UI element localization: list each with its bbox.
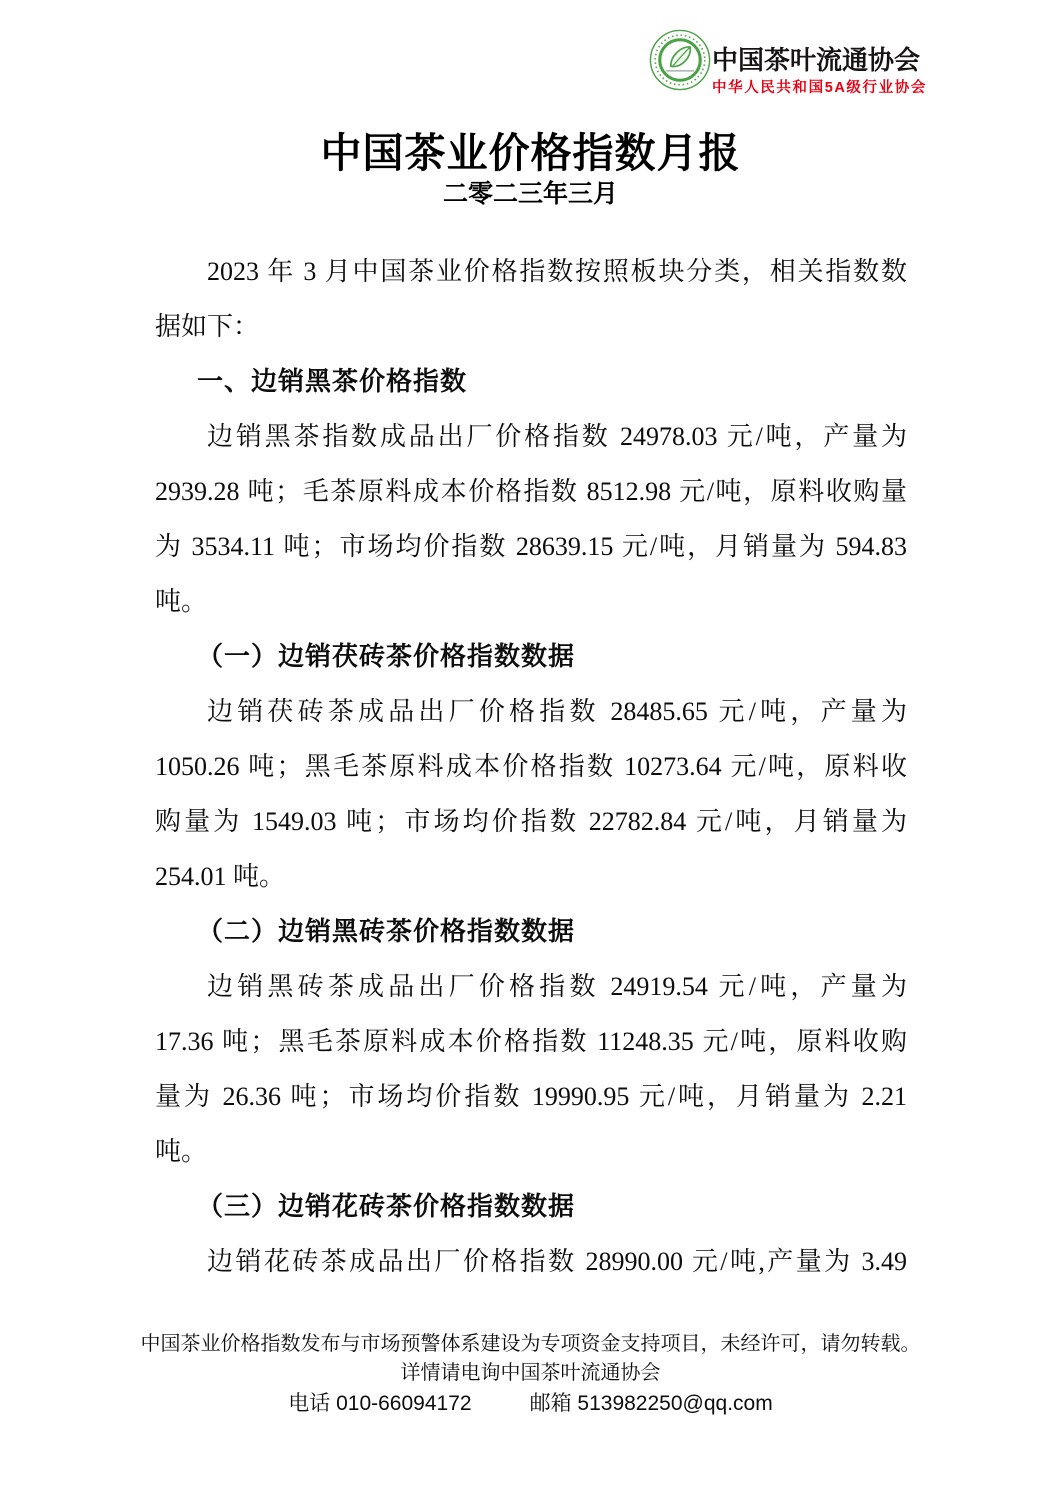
section-1-1-line-4: 254.01 吨。 xyxy=(155,849,907,904)
association-logo xyxy=(649,29,711,91)
section-1-1-line-1: 边销茯砖茶成品出厂价格指数 28485.65 元/吨，产量为 xyxy=(155,684,907,739)
section-1-2-line-4: 吨。 xyxy=(155,1124,907,1179)
section-1-2-heading: （二）边销黑砖茶价格指数数据 xyxy=(155,904,907,959)
section-1-3-line-1: 边销花砖茶成品出厂价格指数 28990.00 元/吨,产量为 3.49 xyxy=(155,1234,907,1289)
section-1-1-line-3: 购量为 1549.03 吨；市场均价指数 22782.84 元/吨，月销量为 xyxy=(155,794,907,849)
section-1-line-4: 吨。 xyxy=(155,574,907,629)
section-1-3-heading: （三）边销花砖茶价格指数数据 xyxy=(155,1179,907,1234)
section-1-line-2: 2939.28 吨；毛茶原料成本价格指数 8512.98 元/吨，原料收购量 xyxy=(155,464,907,519)
email-address: 邮箱 513982250@qq.com xyxy=(530,1392,773,1415)
report-date-subtitle: 二零二三年三月 xyxy=(0,174,1061,210)
footer-notice: 中国茶业价格指数发布与市场预警体系建设为专项资金支持项目，未经许可，请勿转载。 xyxy=(0,1330,1061,1359)
report-title: 中国茶业价格指数月报 xyxy=(0,120,1061,179)
section-1-1-heading: （一）边销茯砖茶价格指数数据 xyxy=(155,629,907,684)
phone-number: 电话 010-66094172 xyxy=(288,1392,471,1415)
footer-contact-line: 电话 010-66094172邮箱 513982250@qq.com xyxy=(0,1388,1061,1419)
footer-inquiry: 详情请电询中国茶叶流通协会 xyxy=(0,1359,1061,1388)
section-1-2-line-1: 边销黑砖茶成品出厂价格指数 24919.54 元/吨，产量为 xyxy=(155,959,907,1014)
intro-line-1: 2023 年 3 月中国茶业价格指数按照板块分类，相关指数数 xyxy=(155,244,907,299)
section-1-line-1: 边销黑茶指数成品出厂价格指数 24978.03 元/吨，产量为 xyxy=(155,409,907,464)
org-subtitle-text: 中华人民共和国5A级行业协会 xyxy=(712,76,942,97)
document-page: { "logo": { "org_name": "中国茶叶流通协会", "org… xyxy=(0,0,1061,1500)
section-1-heading: 一、边销黑茶价格指数 xyxy=(155,354,907,409)
section-1-2-line-2: 17.36 吨；黑毛茶原料成本价格指数 11248.35 元/吨，原料收购 xyxy=(155,1014,907,1069)
page-footer: 中国茶业价格指数发布与市场预警体系建设为专项资金支持项目，未经许可，请勿转载。 … xyxy=(0,1330,1061,1419)
report-body: 2023 年 3 月中国茶业价格指数按照板块分类，相关指数数 据如下： 一、边销… xyxy=(155,244,907,1289)
tea-leaf-emblem-icon xyxy=(649,29,711,91)
section-1-1-line-2: 1050.26 吨；黑毛茶原料成本价格指数 10273.64 元/吨，原料收 xyxy=(155,739,907,794)
section-1-2-line-3: 量为 26.36 吨；市场均价指数 19990.95 元/吨，月销量为 2.21 xyxy=(155,1069,907,1124)
org-name-text: 中国茶叶流通协会 xyxy=(712,40,942,77)
section-1-line-3: 为 3534.11 吨；市场均价指数 28639.15 元/吨，月销量为 594… xyxy=(155,519,907,574)
intro-line-2: 据如下： xyxy=(155,299,907,354)
